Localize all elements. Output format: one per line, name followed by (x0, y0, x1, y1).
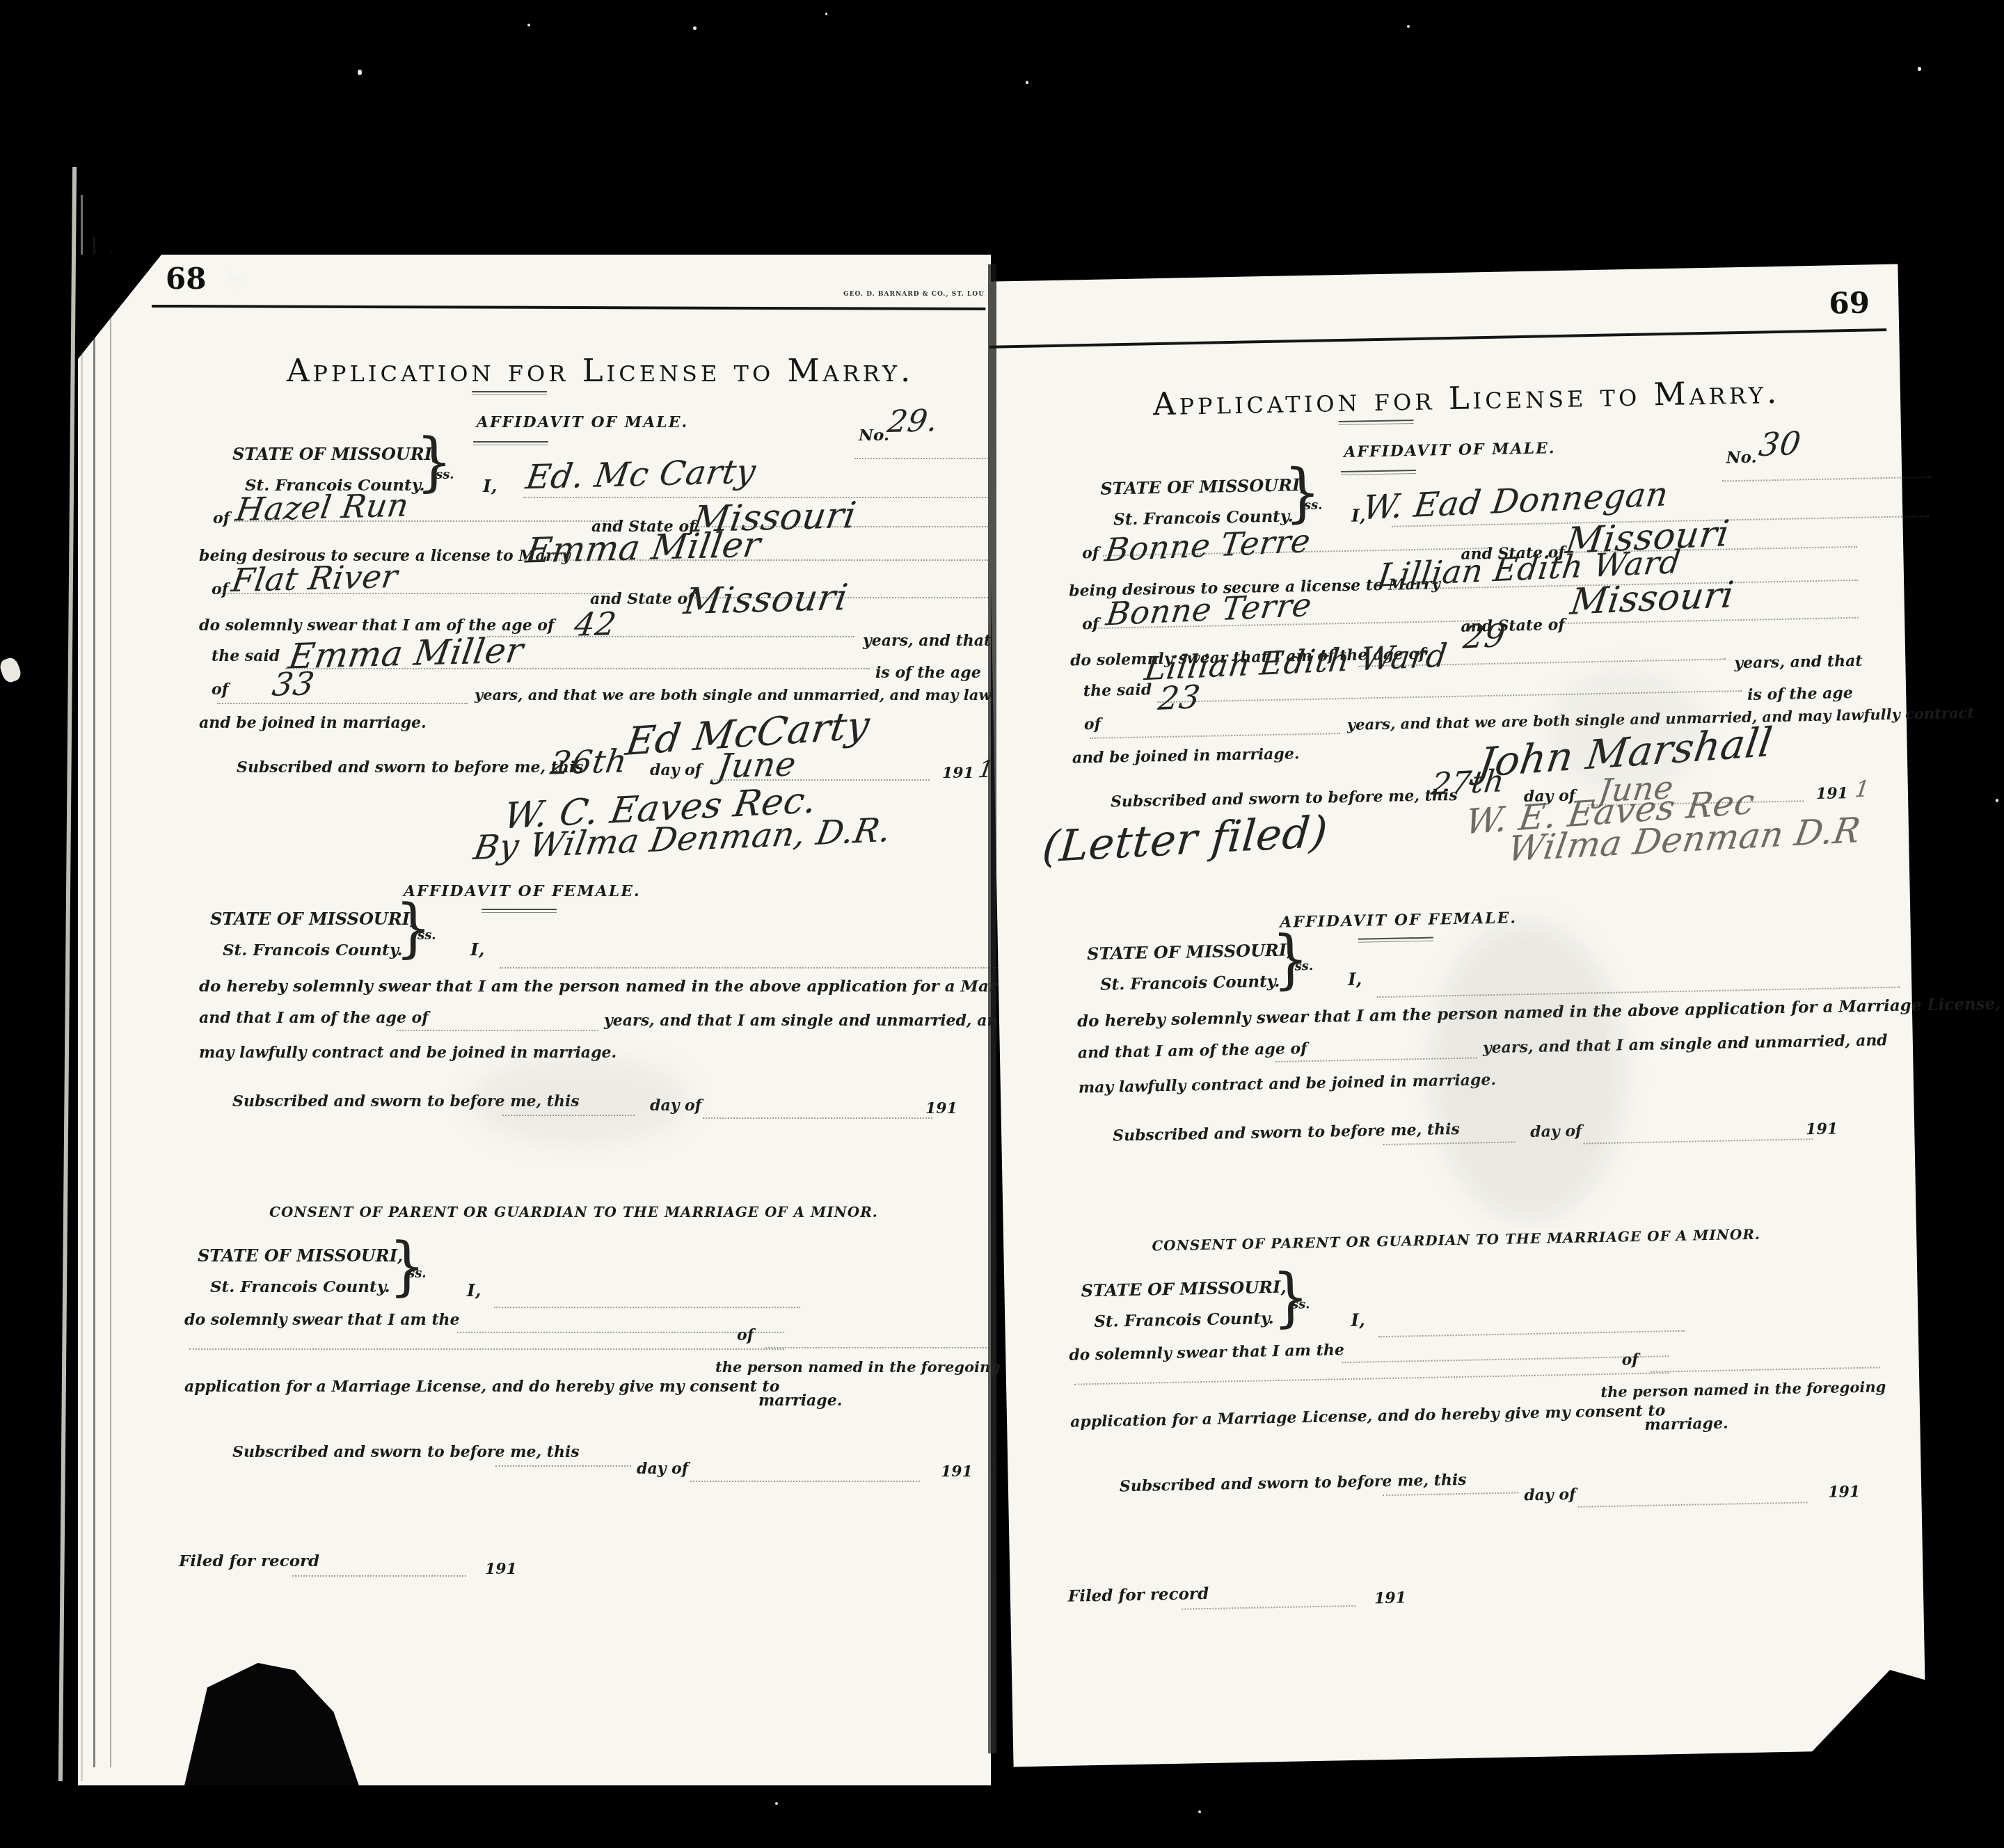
i-label: I, (1348, 969, 1362, 989)
dust-speck (1026, 81, 1028, 84)
dotted-rule (765, 1347, 995, 1348)
years-and-that-label: years, and that (1734, 652, 1863, 673)
of-label: of (1082, 615, 1099, 633)
divider-flourish (482, 909, 557, 913)
dotted-rule (1578, 1501, 1808, 1507)
divider-flourish (1358, 937, 1433, 943)
dotted-rule (703, 1117, 932, 1119)
state-label: STATE OF MISSOURI, (1081, 1277, 1287, 1301)
year-printed: 191 (1374, 1589, 1406, 1608)
female-age-label: and that I am of the age of (1078, 1039, 1307, 1062)
bride-age-entry: 33 (270, 664, 317, 703)
subscribed-label: Subscribed and sworn to before me, this (232, 1443, 580, 1461)
dotted-rule (1074, 1372, 1669, 1385)
i-label: I, (1351, 1310, 1365, 1330)
dust-speck (1198, 1810, 1201, 1813)
dust-speck (527, 24, 530, 26)
year-printed: 191 (1828, 1483, 1860, 1501)
dotted-rule (1090, 733, 1340, 739)
groom-age-entry: 29 (1461, 616, 1508, 656)
dotted-rule (1383, 1492, 1518, 1496)
page-number: 69 (1829, 285, 1870, 320)
joined-label: and be joined in marriage. (1072, 744, 1300, 767)
dotted-rule (487, 636, 854, 637)
ss-label: ss. (1291, 1297, 1310, 1312)
consent-app-label: application for a Marriage License, and … (184, 1378, 779, 1396)
of-label: of (1082, 544, 1099, 562)
dotted-rule (292, 1575, 466, 1577)
county-label: St. Francois County. (210, 1277, 390, 1296)
consent-marriage-label: marriage. (758, 1392, 842, 1410)
of-label: of (737, 1326, 754, 1344)
page-number: 68 (166, 262, 206, 296)
record-number-entry: 29. (885, 403, 940, 440)
divider-flourish (1339, 420, 1414, 425)
header-rule (152, 305, 992, 310)
the-said-label: the said (212, 647, 280, 665)
dotted-rule (457, 1332, 784, 1333)
divider-flourish (472, 391, 547, 395)
consent-app-label: application for a Marriage License, and … (1070, 1401, 1666, 1431)
page-edge-crease (110, 250, 111, 1767)
dust-speck (1918, 67, 1921, 71)
dotted-rule (397, 1030, 598, 1031)
consent-marriage-label: marriage. (1644, 1415, 1728, 1434)
no-label: No. (1726, 448, 1756, 468)
header-rule (989, 328, 1886, 349)
page-edge-line (58, 167, 77, 1781)
consent-person-label: the person named in the foregoing (715, 1358, 1001, 1376)
divider-flourish (473, 441, 548, 445)
dotted-rule (495, 1465, 631, 1467)
left-page-content: 68 GEO. D. BARNARD & CO., ST. LOUIS Appl… (78, 255, 991, 1785)
affidavit-female-heading: AFFIDAVIT OF FEMALE. (404, 882, 633, 900)
day-of-label: day of (637, 1460, 688, 1478)
dotted-rule (681, 597, 988, 598)
bride-name-repeat-entry: Emma Miller (286, 630, 526, 677)
joined-label: and be joined in marriage. (199, 714, 427, 732)
affidavit-male-heading: AFFIDAVIT OF MALE. (468, 413, 697, 431)
dotted-rule (500, 967, 1023, 969)
dotted-rule (523, 559, 988, 561)
letter-filed-note: (Letter filed) (1040, 806, 1330, 872)
scan-smudge (1427, 919, 1628, 1222)
groom-age-entry: 42 (572, 605, 619, 644)
brace-glyph: } (1284, 461, 1321, 526)
of-label: of (213, 509, 230, 527)
subscribed-label: Subscribed and sworn to before me, this (237, 758, 584, 776)
ss-label: ss. (417, 928, 436, 943)
sworn-year-suffix-entry: 1 (1853, 775, 1871, 802)
female-age-label: and that I am of the age of (199, 1009, 429, 1027)
groom-residence-entry: Bonne Terre (1103, 522, 1313, 568)
dust-speck (1407, 25, 1410, 28)
dotted-rule (1722, 477, 1931, 482)
sworn-day-entry: 26th (548, 742, 630, 782)
sworn-day-entry: 27th (1429, 763, 1506, 802)
dotted-rule (1584, 1138, 1813, 1144)
dust-speck (825, 13, 827, 15)
state-label: STATE OF MISSOURI, (198, 1245, 403, 1266)
dotted-rule (1651, 1367, 1880, 1372)
state-label: STATE OF MISSOURI, (210, 909, 415, 929)
ss-label: ss. (1294, 959, 1313, 974)
groom-residence-entry: Hazel Run (233, 486, 411, 528)
dotted-rule (285, 668, 870, 669)
state-label: STATE OF MISSOURI, (1087, 939, 1293, 964)
consent-swear-label: do solemnly swear that I am the (184, 1311, 460, 1329)
of-label: of (1621, 1351, 1639, 1369)
female-single-label: years, and that I am single and unmarrie… (604, 1012, 1009, 1030)
year-printed: 191 (1816, 784, 1848, 803)
dotted-rule (1182, 1605, 1355, 1610)
filed-label: Filed for record (1068, 1584, 1209, 1606)
dotted-rule (189, 1348, 784, 1350)
dotted-rule (1378, 1330, 1685, 1337)
consent-person-label: the person named in the foregoing (1600, 1378, 1886, 1401)
ss-label: ss. (436, 468, 454, 482)
dust-speck (775, 1802, 778, 1805)
subscribed-label: Subscribed and sworn to before me, this (1120, 1471, 1467, 1496)
of-label: of (212, 680, 228, 699)
year-printed: 191 (1806, 1120, 1838, 1138)
affidavit-female-heading: AFFIDAVIT OF FEMALE. (1280, 909, 1509, 931)
page-edge-crease (93, 237, 95, 1767)
the-said-label: the said (1083, 680, 1152, 700)
day-of-label: day of (1524, 1485, 1576, 1504)
county-label: St. Francois County. (1094, 1309, 1274, 1331)
page-edge-line (81, 195, 83, 1781)
record-number-entry: 30 (1757, 424, 1804, 463)
bride-state-entry: Missouri (1568, 574, 1736, 623)
left-page: 68 GEO. D. BARNARD & CO., ST. LOUIS Appl… (78, 255, 991, 1785)
state-label: STATE OF MISSOURI, (232, 444, 438, 464)
dotted-rule (217, 703, 468, 704)
of-label: of (212, 580, 228, 598)
bride-name-entry: Emma Miller (523, 525, 763, 571)
dotted-rule (220, 593, 610, 594)
of-label: of (1084, 715, 1102, 733)
consent-heading: CONSENT OF PARENT OR GUARDIAN TO THE MAR… (1152, 1227, 1708, 1254)
bride-age-entry: 23 (1156, 678, 1203, 717)
i-label: I, (470, 939, 484, 959)
day-of-label: day of (650, 761, 701, 779)
subscribed-label: Subscribed and sworn to before me, this (1113, 1120, 1460, 1145)
consent-heading: CONSENT OF PARENT OR GUARDIAN TO THE MAR… (269, 1204, 826, 1220)
dotted-rule (690, 1481, 920, 1482)
edge-mark (0, 656, 23, 685)
no-label: No. (859, 426, 889, 445)
right-page-content: 69 Application for License to Marry. AFF… (942, 275, 1884, 1778)
form-title: Application for License to Marry. (1153, 374, 1780, 422)
county-label: St. Francois County. (223, 941, 402, 959)
is-of-the-age-label: is of the age (1747, 684, 1853, 704)
i-label: I, (467, 1280, 481, 1300)
state-label: STATE OF MISSOURI, (1100, 475, 1306, 499)
filed-label: Filed for record (179, 1552, 319, 1570)
scan-smudge (1548, 667, 1703, 795)
subscribed-label: Subscribed and sworn to before me, this (1111, 786, 1458, 811)
i-label: I, (483, 476, 497, 496)
consent-swear-label: do solemnly swear that I am the (1069, 1341, 1344, 1364)
year-printed: 191 (925, 1099, 957, 1117)
affidavit-male-heading: AFFIDAVIT OF MALE. (1335, 439, 1564, 461)
dotted-rule (1342, 1355, 1669, 1363)
dust-speck (1996, 799, 1998, 802)
right-page: 69 Application for License to Marry. AFF… (985, 264, 1927, 1767)
ss-label: ss. (408, 1266, 427, 1281)
scan-smudge (468, 1055, 690, 1145)
groom-name-entry: Ed. Mc Carty (523, 452, 758, 497)
brace-glyph: } (416, 431, 452, 495)
dotted-rule (494, 1307, 800, 1308)
gutter-shadow (988, 264, 996, 1753)
dotted-rule (234, 520, 623, 522)
dust-speck (358, 70, 362, 75)
form-title: Application for License to Marry. (287, 352, 913, 389)
county-label: St. Francois County. (1100, 972, 1280, 994)
dust-speck (693, 26, 697, 30)
dotted-rule (714, 779, 930, 781)
divider-flourish (1341, 470, 1416, 475)
ss-label: ss. (1304, 498, 1323, 513)
bride-state-entry: Missouri (681, 577, 851, 623)
year-printed: 191 (485, 1560, 517, 1578)
